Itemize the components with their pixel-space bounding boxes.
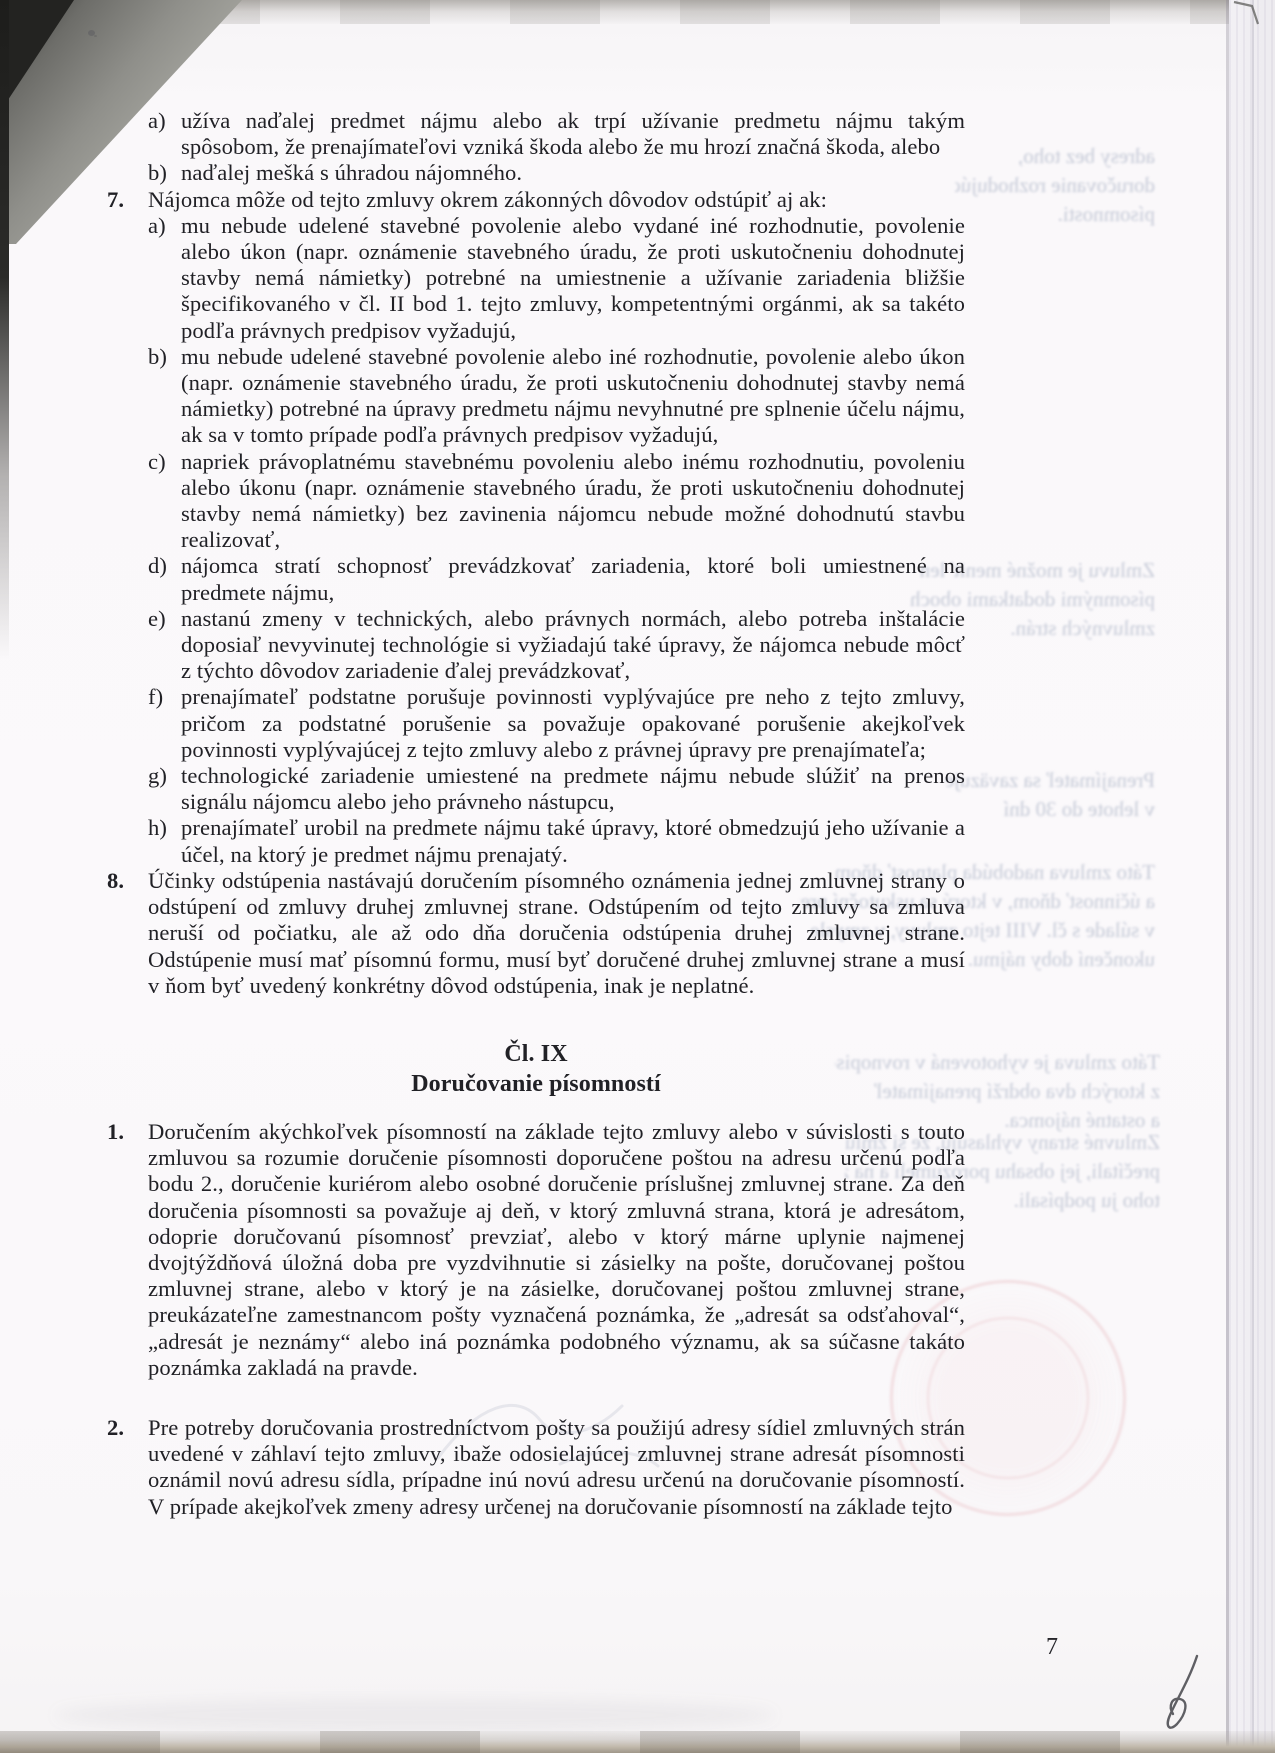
clauses: 7.Nájomca môže od tejto zmluvy okrem zák… (107, 187, 965, 999)
bleedthrough-line: písomnosti. (955, 200, 1155, 229)
clause-body: Účinky odstúpenia nastávajú doručením pí… (148, 868, 965, 999)
page-number: 7 (1046, 1634, 1058, 1661)
list-item: b)naďalej mešká s úhradou nájomného. (148, 160, 965, 186)
scan-left-edge-artifact (0, 0, 9, 660)
list-item: c)napriek právoplatnému stavebnému povol… (148, 449, 965, 554)
clause-text: Nájomca môže od tejto zmluvy okrem zákon… (148, 187, 965, 213)
scan-speck-artifact (88, 30, 95, 36)
list-item-text: prenajímateľ podstatne porušuje povinnos… (181, 684, 965, 763)
list-item: d)nájomca stratí schopnosť prevádzkovať … (148, 553, 965, 605)
scan-smudge-artifact (55, 1698, 775, 1732)
list-item-marker: h) (148, 815, 181, 867)
list-item-marker: d) (148, 553, 181, 605)
scanned-contract-page: adresy bez toho,doručovanie rozhodujúca … (0, 0, 1275, 1753)
clause-text: Účinky odstúpenia nastávajú doručením pí… (148, 868, 965, 999)
list-item-marker: g) (148, 763, 181, 815)
article-item-text: Pre potreby doručovania prostredníctvom … (148, 1415, 965, 1520)
list-item-marker: e) (148, 606, 181, 685)
article-item: 1.Doručením akýchkoľvek písomností na zá… (107, 1119, 965, 1381)
document-content: a)užíva naďalej predmet nájmu alebo ak t… (107, 108, 965, 1520)
article-item-number: 2. (107, 1415, 148, 1520)
list-item-marker: a) (148, 108, 181, 160)
list-item-text: nastanú zmeny v technických, alebo právn… (181, 606, 965, 685)
list-item: a)užíva naďalej predmet nájmu alebo ak t… (148, 108, 965, 160)
list-item: e)nastanú zmeny v technických, alebo prá… (148, 606, 965, 685)
article-number: Čl. IX (107, 1039, 965, 1069)
article-item-text: Doručením akýchkoľvek písomností na zákl… (148, 1119, 965, 1381)
clause-body: Nájomca môže od tejto zmluvy okrem zákon… (148, 187, 965, 868)
list-item: h)prenajímateľ urobil na predmete nájmu … (148, 815, 965, 867)
list-item-marker: b) (148, 344, 181, 449)
continuation-list: a)užíva naďalej predmet nájmu alebo ak t… (148, 108, 965, 187)
bleedthrough-fragment: adresy bez toho,doručovanie rozhodujúca … (955, 142, 1155, 229)
list-item-marker: b) (148, 160, 181, 186)
list-item-text: mu nebude udelené stavebné povolenie ale… (181, 344, 965, 449)
clause-item: 8.Účinky odstúpenia nastávajú doručením … (107, 868, 965, 999)
list-item-text: prenajímateľ urobil na predmete nájmu ta… (181, 815, 965, 867)
list-item: a)mu nebude udelené stavebné povolenie a… (148, 213, 965, 344)
bleedthrough-line: adresy bez toho, (955, 142, 1155, 171)
article-item: 2.Pre potreby doručovania prostredníctvo… (107, 1415, 965, 1520)
list-item-text: užíva naďalej predmet nájmu alebo ak trp… (181, 108, 965, 160)
list-item-marker: f) (148, 684, 181, 763)
list-item: f)prenajímateľ podstatne porušuje povinn… (148, 684, 965, 763)
article-title: Doručovanie písomností (107, 1069, 965, 1099)
list-item-text: technologické zariadenie umiestené na pr… (181, 763, 965, 815)
clause-number: 8. (107, 868, 148, 999)
article-heading-block: Čl. IX Doručovanie písomností (107, 1039, 965, 1099)
list-item-marker: c) (148, 449, 181, 554)
bleedthrough-line: doručovanie rozhodujúca nová (955, 171, 1155, 200)
clause-number: 7. (107, 187, 148, 868)
list-item-marker: a) (148, 213, 181, 344)
article-item-number: 1. (107, 1119, 148, 1381)
list-item-text: napriek právoplatnému stavebnému povolen… (181, 449, 965, 554)
list-item-text: mu nebude udelené stavebné povolenie ale… (181, 213, 965, 344)
clause-subitems: a)mu nebude udelené stavebné povolenie a… (148, 213, 965, 868)
list-item: g)technologické zariadenie umiestené na … (148, 763, 965, 815)
clause-item: 7.Nájomca môže od tejto zmluvy okrem zák… (107, 187, 965, 868)
article-items: 1.Doručením akýchkoľvek písomností na zá… (107, 1119, 965, 1520)
underlying-page-edge-2 (1252, 0, 1254, 1753)
scan-bottom-edge-artifact (0, 1731, 1275, 1753)
list-item-text: nájomca stratí schopnosť prevádzkovať za… (181, 553, 965, 605)
list-item: b)mu nebude udelené stavebné povolenie a… (148, 344, 965, 449)
list-item-text: naďalej mešká s úhradou nájomného. (181, 160, 965, 186)
